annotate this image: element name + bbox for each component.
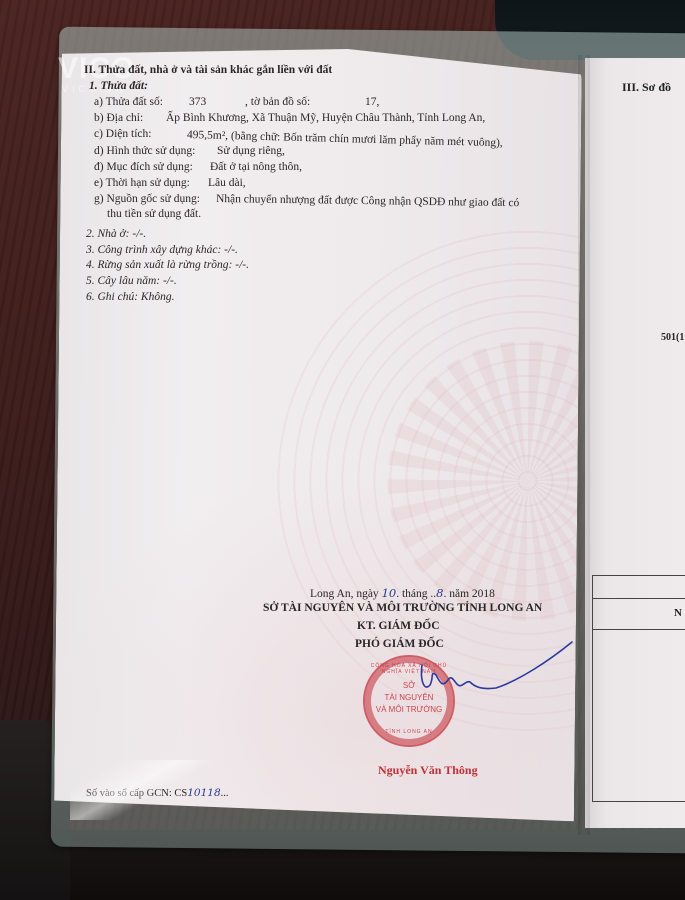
parcel-number-label: a) Thửa đất số: bbox=[94, 96, 163, 108]
usage-origin-value-cont: thu tiền sử dụng đất. bbox=[107, 208, 201, 220]
right-section-title: III. Sơ đồ bbox=[622, 80, 671, 95]
usage-purpose-value: Đất ở tại nông thôn, bbox=[210, 161, 302, 173]
table-row: N bbox=[593, 599, 685, 630]
address-value: Ấp Bình Khương, Xã Thuận Mỹ, Huyện Châu … bbox=[166, 112, 485, 124]
area-label: c) Diện tích: bbox=[94, 128, 151, 140]
date-month: 8 bbox=[436, 586, 443, 600]
map-sheet-value: 17, bbox=[365, 96, 379, 108]
book-gutter bbox=[578, 55, 590, 835]
signature bbox=[400, 630, 580, 710]
address-label: b) Địa chỉ: bbox=[94, 112, 143, 124]
usage-purpose-label: đ) Mục đích sử dụng: bbox=[94, 161, 193, 173]
parcel-label: 501(1 bbox=[661, 332, 684, 343]
notes-item: 6. Ghi chú: Không. bbox=[86, 291, 174, 303]
map-sheet-label: , tờ bản đồ số: bbox=[245, 96, 310, 108]
right-table: N bbox=[592, 575, 685, 802]
house-item: 2. Nhà ở: -/-. bbox=[86, 228, 146, 240]
other-construction-item: 3. Công trình xây dựng khác: -/-. bbox=[86, 244, 238, 256]
date-day: 10 bbox=[382, 586, 397, 600]
usage-form-label: d) Hình thức sử dụng: bbox=[94, 145, 195, 157]
usage-origin-label: g) Nguồn gốc sử dụng: bbox=[94, 193, 200, 205]
production-forest-item: 4. Rừng sản xuất là rừng trồng: -/-. bbox=[86, 259, 249, 271]
issuing-agency: SỞ TÀI NGUYÊN VÀ MÔI TRƯỜNG TỈNH LONG AN bbox=[263, 602, 542, 614]
usage-form-value: Sử dụng riêng, bbox=[217, 145, 285, 157]
parcel-number-value: 373 bbox=[189, 96, 206, 108]
date-line: Long An, ngày 10. tháng ..8. năm 2018 bbox=[310, 586, 495, 600]
usage-term-label: e) Thời hạn sử dụng: bbox=[94, 177, 190, 189]
perennial-trees-item: 5. Cây lâu năm: -/-. bbox=[86, 275, 177, 287]
usage-term-value: Lâu dài, bbox=[208, 177, 246, 189]
signer-name: Nguyễn Văn Thông bbox=[378, 763, 478, 778]
item1-title: 1. Thửa đất: bbox=[89, 80, 148, 92]
table-row bbox=[593, 576, 685, 599]
section-title: II. Thửa đất, nhà ở và tài sản khác gắn … bbox=[84, 64, 332, 76]
plastic-glare bbox=[70, 760, 210, 820]
table-header-cell: N bbox=[674, 607, 682, 619]
